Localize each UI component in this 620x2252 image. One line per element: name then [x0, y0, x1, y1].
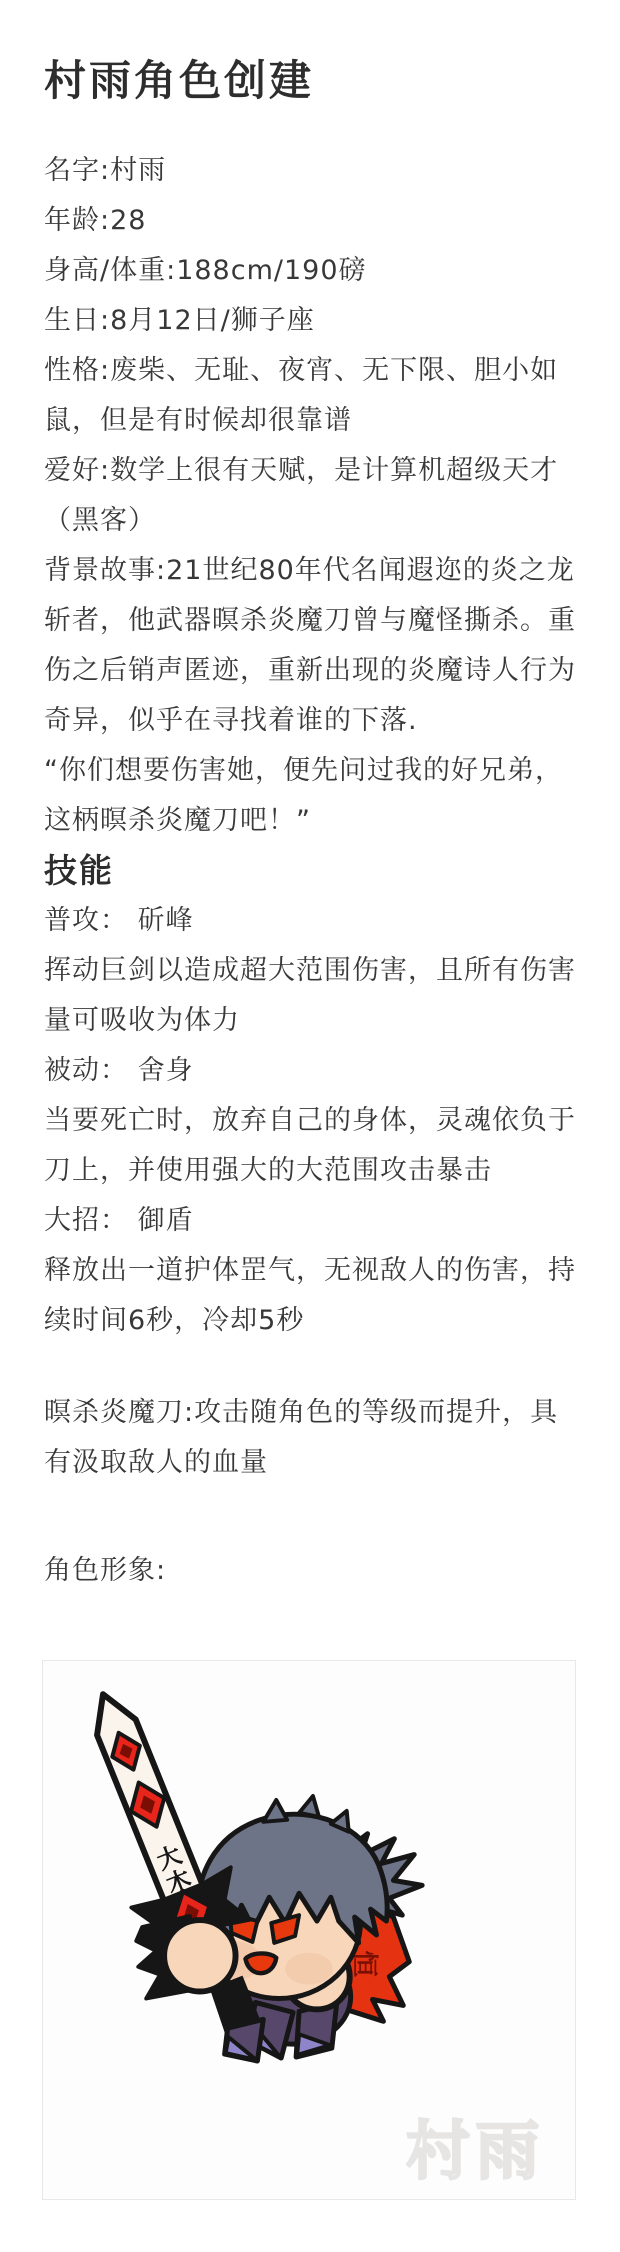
portrait-label: 角色形象:: [44, 1546, 580, 1596]
watermark-text: 村雨: [406, 2114, 545, 2188]
skill-name-ultimate: 大招： 御盾: [44, 1196, 580, 1246]
left-fist: [164, 1920, 235, 1991]
weapon-note: 暝杀炎魔刀:攻击随角色的等级而提升，具有汲取敌人的血量: [44, 1388, 580, 1488]
profile-line-age: 年龄:28: [44, 196, 580, 246]
skills-heading: 技能: [44, 846, 580, 896]
document-page: 村雨角色创建 名字:村雨 年龄:28 身高/体重:188cm/190磅 生日:8…: [0, 0, 620, 2252]
profile-line-birthday: 生日:8月12日/狮子座: [44, 296, 580, 346]
skill-name-passive: 被动： 舍身: [44, 1046, 580, 1096]
mouth: [245, 1953, 276, 1973]
portrait-box: 恒: [42, 1660, 576, 2200]
profile-line-name: 名字:村雨: [44, 146, 580, 196]
profile-line-hobby: 爱好:数学上很有天赋，是计算机超级天才（黑客）: [44, 446, 580, 546]
skill-desc-ultimate: 释放出一道护体罡气，无视敌人的伤害，持续时间6秒，冷却5秒: [44, 1246, 580, 1346]
skill-name-basic: 普攻： 斫峰: [44, 896, 580, 946]
skill-desc-passive: 当要死亡时，放弃自己的身体，灵魂依负于刀上，并使用强大的大范围攻击暴击: [44, 1096, 580, 1196]
profile-line-backstory: 背景故事:21世纪80年代名闻遐迩的炎之龙斩者，他武器暝杀炎魔刀曾与魔怪撕杀。重…: [44, 546, 580, 746]
skill-desc-basic: 挥动巨剑以造成超大范围伤害，且所有伤害量可吸收为体力: [44, 946, 580, 1046]
profile-line-quote: “你们想要伤害她，便先问过我的好兄弟，这柄暝杀炎魔刀吧！”: [44, 746, 580, 846]
profile-line-personality: 性格:废柴、无耻、夜宵、无下限、胆小如鼠，但是有时候却很靠谱: [44, 346, 580, 446]
document-content: 村雨角色创建 名字:村雨 年龄:28 身高/体重:188cm/190磅 生日:8…: [0, 0, 620, 1596]
character-illustration: 恒: [43, 1661, 575, 2199]
page-title: 村雨角色创建: [44, 58, 580, 104]
profile-line-height-weight: 身高/体重:188cm/190磅: [44, 246, 580, 296]
cheek-shading-right: [285, 1953, 333, 1985]
